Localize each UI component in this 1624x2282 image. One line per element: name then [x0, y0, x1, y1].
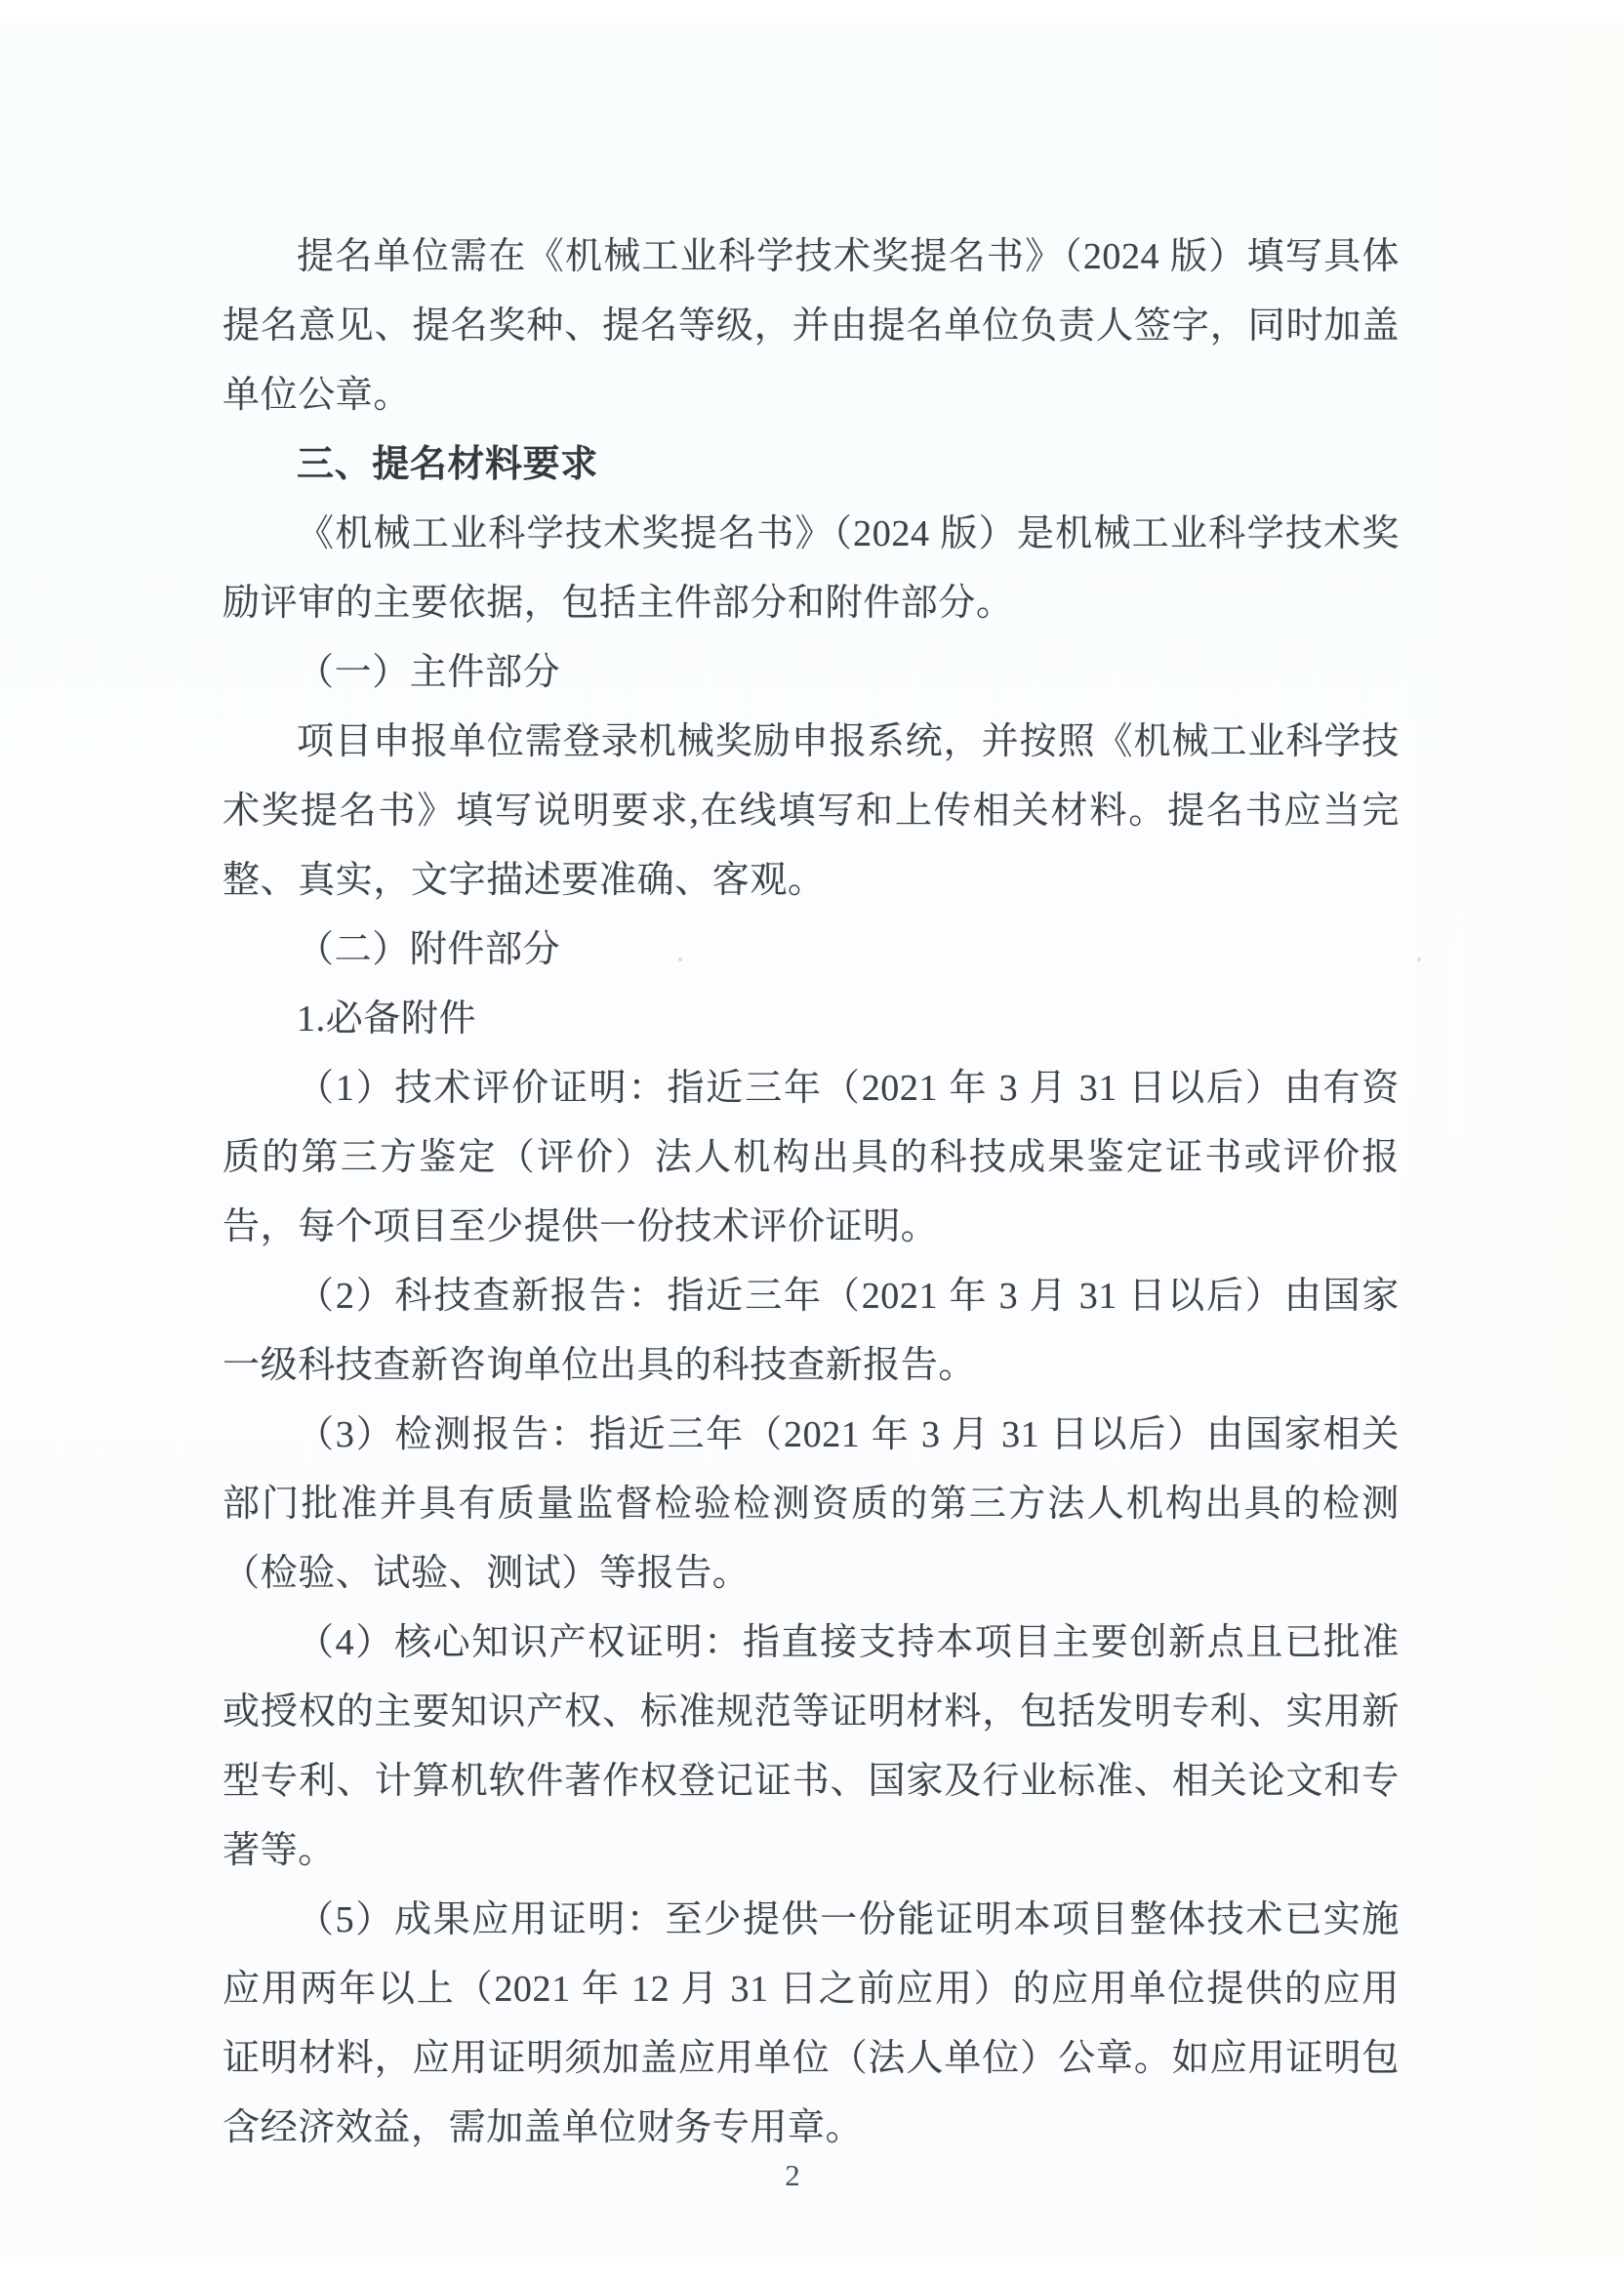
paragraph-nomination-opinion: 提名单位需在《机械工业科学技术奖提名书》（2024 版）填写具体提名意见、提名奖… [223, 223, 1400, 430]
scan-speck [678, 958, 682, 961]
paragraph-nomination-book-basis: 《机械工业科学技术奖提名书》（2024 版）是机械工业科学技术奖励评审的主要依据… [223, 500, 1400, 638]
section-heading-nomination-material-requirements: 三、提名材料要求 [223, 430, 1400, 500]
subsection-heading-attachment-part: （二）附件部分 [223, 916, 1400, 985]
page-number: 2 [0, 2156, 1604, 2195]
item-1-technical-evaluation-certificate: （1）技术评价证明：指近三年（2021 年 3 月 31 日以后）由有资质的第三… [223, 1054, 1400, 1262]
subsection-heading-main-part: （一）主件部分 [223, 638, 1400, 708]
item-2-novelty-search-report: （2）科技查新报告：指近三年（2021 年 3 月 31 日以后）由国家一级科技… [223, 1262, 1400, 1401]
scan-speck [1417, 958, 1421, 961]
item-5-application-certificate: （5）成果应用证明：至少提供一份能证明本项目整体技术已实施应用两年以上（2021… [223, 1886, 1400, 2163]
paragraph-main-part-instructions: 项目申报单位需登录机械奖励申报系统，并按照《机械工业科学技术奖提名书》填写说明要… [223, 708, 1400, 916]
scanned-document-page: 提名单位需在《机械工业科学技术奖提名书》（2024 版）填写具体提名意见、提名奖… [0, 23, 1624, 2257]
item-3-testing-report: （3）检测报告：指近三年（2021 年 3 月 31 日以后）由国家相关部门批准… [223, 1401, 1400, 1609]
item-heading-required-attachments: 1.必备附件 [223, 985, 1400, 1054]
document-body: 提名单位需在《机械工业科学技术奖提名书》（2024 版）填写具体提名意见、提名奖… [223, 223, 1400, 2163]
item-4-core-ip-certificate: （4）核心知识产权证明：指直接支持本项目主要创新点且已批准或授权的主要知识产权、… [223, 1609, 1400, 1886]
